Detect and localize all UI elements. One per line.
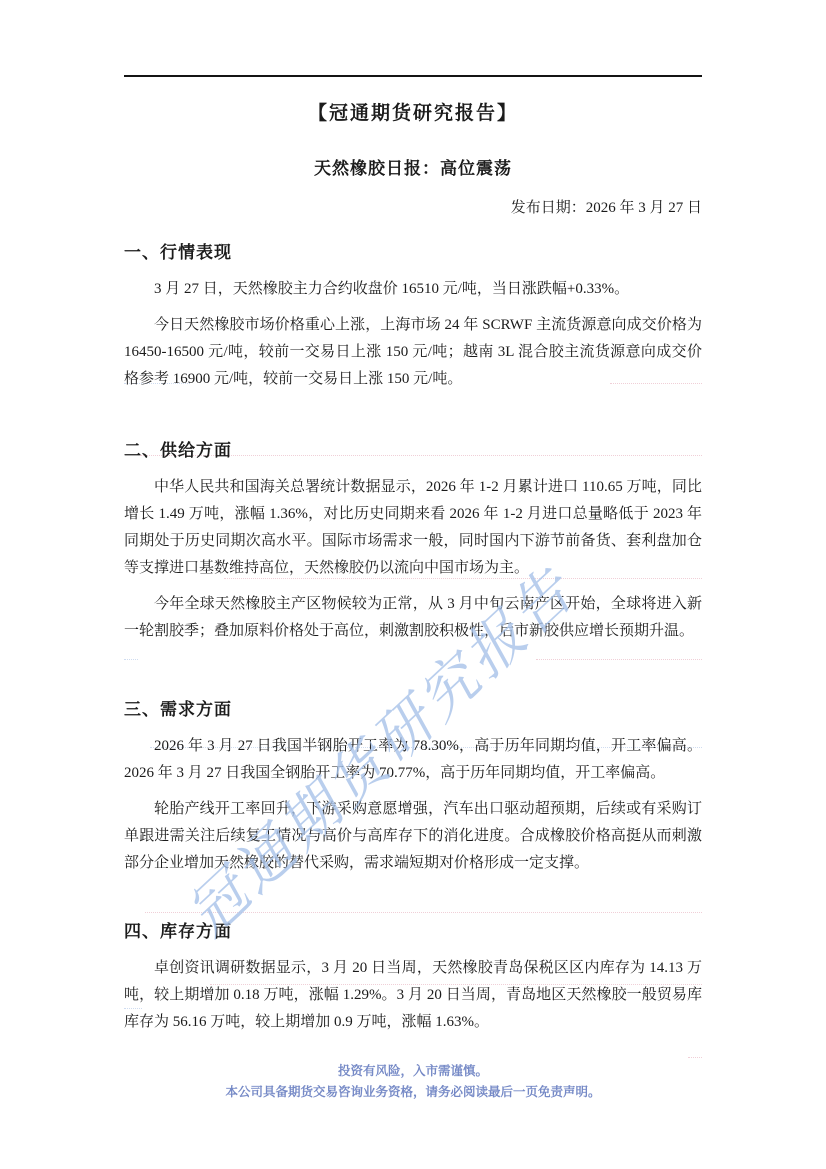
footer-disclaimer: 本公司具备期货交易咨询业务资格，请务必阅读最后一页免责声明。 bbox=[0, 1082, 826, 1103]
publish-date: 发布日期：2026 年 3 月 27 日 bbox=[124, 196, 702, 217]
body-paragraph: 3 月 27 日，天然橡胶主力合约收盘价 16510 元/吨，当日涨跌幅+0.3… bbox=[124, 276, 702, 303]
section-inventory: 四、库存方面 卓创资讯调研数据显示，3 月 20 日当周，天然橡胶青岛保税区区内… bbox=[124, 917, 702, 1036]
section-heading: 四、库存方面 bbox=[124, 917, 702, 942]
body-paragraph: 今年全球天然橡胶主产区物候较为正常，从 3 月中旬云南产区开始，全球将进入新一轮… bbox=[124, 591, 702, 645]
report-page: 冠通期货研究报告 【冠通期货研究报告】 天然橡胶日报：高位震荡 发布日期：202… bbox=[0, 0, 826, 1169]
body-paragraph: 中华人民共和国海关总署统计数据显示，2026 年 1-2 月累计进口 110.6… bbox=[124, 474, 702, 582]
document-body: 【冠通期货研究报告】 天然橡胶日报：高位震荡 发布日期：2026 年 3 月 2… bbox=[124, 0, 702, 1036]
section-market-performance: 一、行情表现 3 月 27 日，天然橡胶主力合约收盘价 16510 元/吨，当日… bbox=[124, 238, 702, 393]
header-rule bbox=[124, 75, 702, 77]
body-paragraph: 卓创资讯调研数据显示，3 月 20 日当周，天然橡胶青岛保税区区内库存为 14.… bbox=[124, 955, 702, 1036]
artifact-dotted-line bbox=[688, 1057, 702, 1058]
footer-risk-warning: 投资有风险，入市需谨慎。 bbox=[0, 1061, 826, 1082]
body-paragraph: 今日天然橡胶市场价格重心上涨，上海市场 24 年 SCRWF 主流货源意向成交价… bbox=[124, 312, 702, 393]
section-heading: 一、行情表现 bbox=[124, 238, 702, 263]
body-paragraph: 轮胎产线开工率回升，下游采购意愿增强，汽车出口驱动超预期，后续或有采购订单跟进需… bbox=[124, 796, 702, 877]
body-paragraph: 2026 年 3 月 27 日我国半钢胎开工率为 78.30%，高于历年同期均值… bbox=[124, 733, 702, 787]
section-supply: 二、供给方面 中华人民共和国海关总署统计数据显示，2026 年 1-2 月累计进… bbox=[124, 436, 702, 645]
section-demand: 三、需求方面 2026 年 3 月 27 日我国半钢胎开工率为 78.30%，高… bbox=[124, 695, 702, 877]
section-heading: 三、需求方面 bbox=[124, 695, 702, 720]
report-series-title: 【冠通期货研究报告】 bbox=[124, 98, 702, 125]
report-title: 天然橡胶日报：高位震荡 bbox=[124, 154, 702, 179]
page-footer: 投资有风险，入市需谨慎。 本公司具备期货交易咨询业务资格，请务必阅读最后一页免责… bbox=[0, 1061, 826, 1103]
section-heading: 二、供给方面 bbox=[124, 436, 702, 461]
